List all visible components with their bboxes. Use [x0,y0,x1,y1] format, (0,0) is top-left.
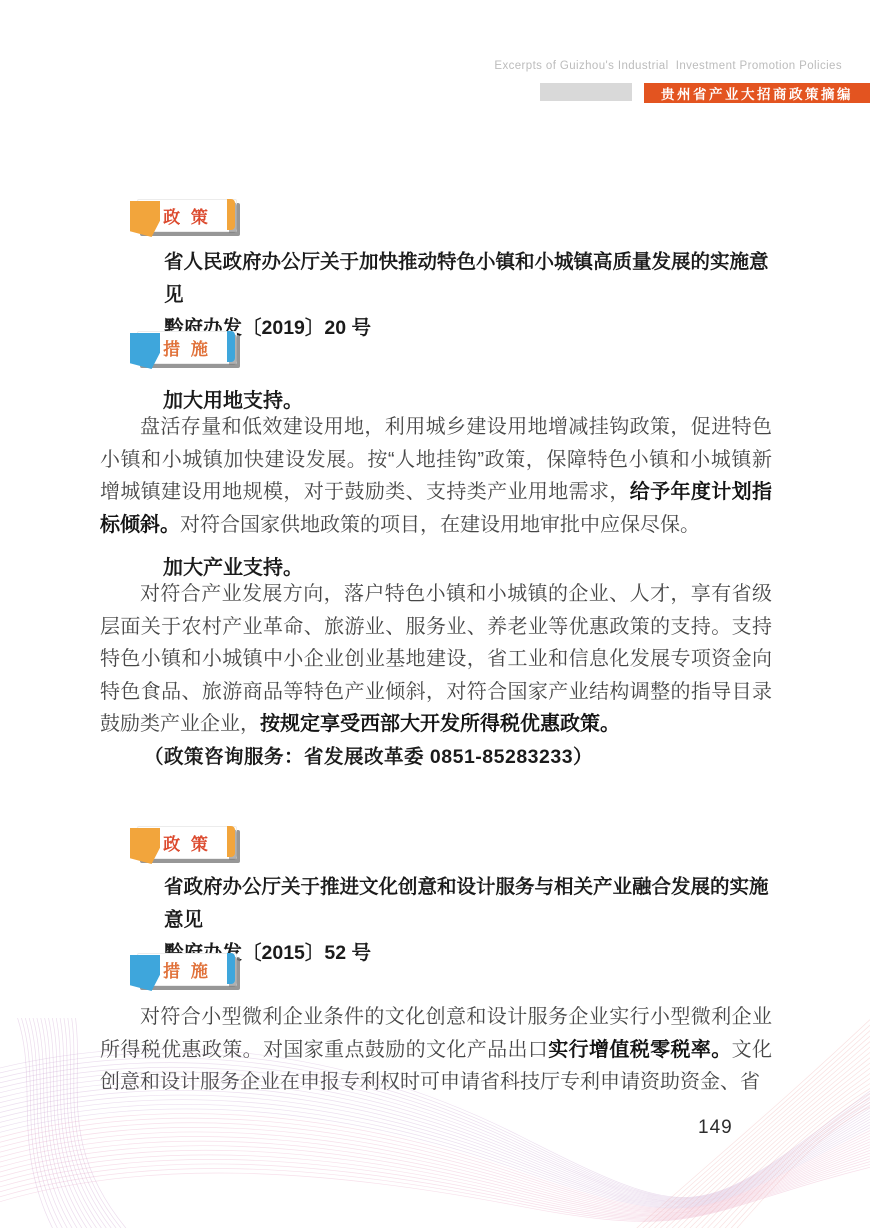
header-gray-block [540,83,632,101]
badge-end-bar [227,826,235,857]
policy1-paragraph-land: 盘活存量和低效建设用地，利用城乡建设用地增减挂钩政策，促进特色小镇和小城镇加快建… [100,411,772,541]
policy2-paragraph: 对符合小型微利企业条件的文化创意和设计服务企业实行小型微利企业所得税优惠政策。对… [100,1001,772,1099]
page-number: 149 [698,1117,733,1139]
badge-end-bar [227,953,235,984]
policy1-title: 省人民政府办公厅关于加快推动特色小镇和小城镇高质量发展的实施意见 黔府办发〔20… [164,246,779,345]
policy1-paragraph-industry: 对符合产业发展方向，落户特色小镇和小城镇的企业、人才，享有省级层面关于农村产业革… [100,578,772,741]
header-banner: 贵州省产业大招商政策摘编 [644,83,870,103]
document-page: Excerpts of Guizhou's Industrial Investm… [0,0,870,1228]
measure-badge-1: 措 施 [130,331,238,369]
policy1-title-line1: 省人民政府办公厅关于加快推动特色小镇和小城镇高质量发展的实施意见 [164,246,779,312]
measure-badge-2: 措 施 [130,953,238,991]
badge-end-bar [227,199,235,230]
policy1-heading-land: 加大用地支持。 [163,384,303,413]
header-caption-english: Excerpts of Guizhou's Industrial Investm… [494,60,842,72]
badge-end-bar [227,331,235,362]
policy-badge-1: 政 策 [130,199,238,237]
policy1-heading-industry: 加大产业支持。 [163,551,303,580]
policy2-title: 省政府办公厅关于推进文化创意和设计服务与相关产业融合发展的实施意见 黔府办发〔2… [164,871,779,970]
policy1-contact-line: （政策咨询服务：省发展改革委 0851-85283233） [144,741,593,769]
policy1-title-line2: 黔府办发〔2019〕20 号 [164,312,779,345]
policy-badge-2: 政 策 [130,826,238,864]
policy2-title-line2: 黔府办发〔2015〕52 号 [164,937,779,970]
policy2-title-line1: 省政府办公厅关于推进文化创意和设计服务与相关产业融合发展的实施意见 [164,871,779,937]
